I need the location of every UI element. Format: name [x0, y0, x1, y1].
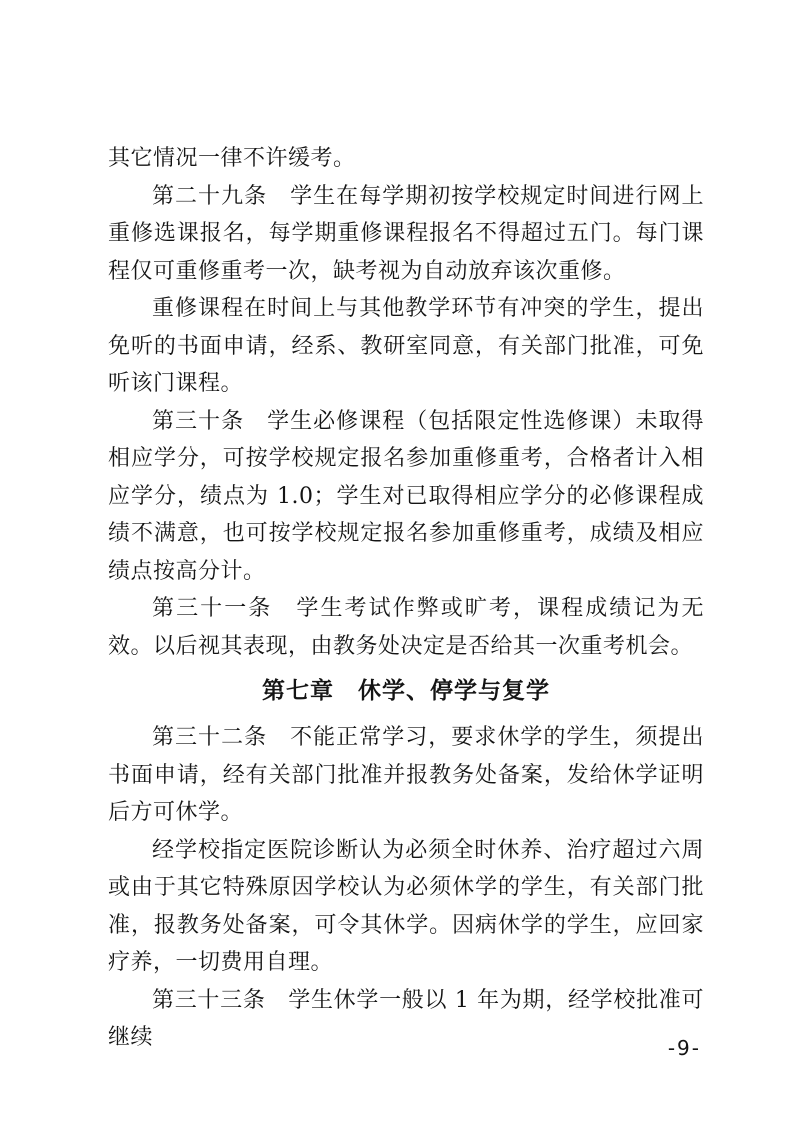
paragraph-article-29: 第二十九条 学生在每学期初按学校规定时间进行网上重修选课报名，每学期重修课程报名…: [108, 178, 704, 291]
paragraph-article-33: 第三十三条 学生休学一般以 1 年为期，经学校批准可继续: [108, 982, 704, 1057]
paragraph-medical-suspension: 经学校指定医院诊断认为必须全时休养、治疗超过六周或由于其它特殊原因学校认为必须休…: [108, 832, 704, 982]
page-number: -9-: [668, 1036, 701, 1060]
paragraph-article-32: 第三十二条 不能正常学习，要求休学的学生，须提出书面申请，经有关部门批准并报教务…: [108, 719, 704, 832]
paragraph-retake-conflict: 重修课程在时间上与其他教学环节有冲突的学生，提出免听的书面申请，经系、教研室同意…: [108, 290, 704, 403]
page-body-text: 其它情况一律不许缓考。 第二十九条 学生在每学期初按学校规定时间进行网上重修选课…: [108, 140, 704, 1057]
chapter-7-heading: 第七章 休学、停学与复学: [108, 671, 704, 711]
paragraph-article-30: 第三十条 学生必修课程（包括限定性选修课）未取得相应学分，可按学校规定报名参加重…: [108, 403, 704, 591]
paragraph-article-31: 第三十一条 学生考试作弊或旷考，课程成绩记为无效。以后视其表现，由教务处决定是否…: [108, 590, 704, 665]
document-page: 其它情况一律不许缓考。 第二十九条 学生在每学期初按学校规定时间进行网上重修选课…: [0, 0, 793, 1122]
paragraph-continuation: 其它情况一律不许缓考。: [108, 140, 704, 178]
